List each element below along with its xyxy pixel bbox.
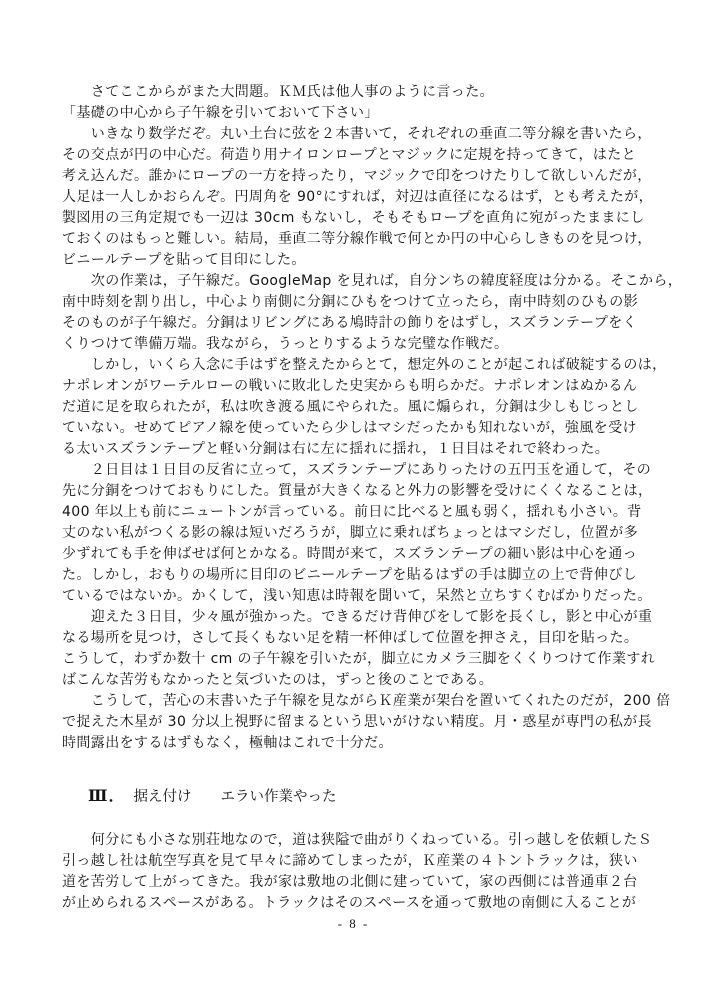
text-line: 南中時刻を割り出し，中心より南側に分銅にひもをつけて立ったら，南中時刻のひもの影 <box>62 292 654 313</box>
text-line: 引っ越し社は航空写真を見て早々に諦めてしまったが，Ｋ産業の４トントラックは，狭い <box>62 851 654 872</box>
text-line: ばこんな苦労もなかったと気づいたのは，ずっと後のことである。 <box>62 670 654 691</box>
paragraph: いきなり数学だぞ。丸い土台に弦を２本書いて，それぞれの垂直二等分線を書いたら，そ… <box>62 124 654 271</box>
text-line: ナポレオンがワーテルローの戦いに敗北した史実からも明らかだ。ナポレオンはぬかるん <box>62 376 654 397</box>
text-line: いきなり数学だぞ。丸い土台に弦を２本書いて，それぞれの垂直二等分線を書いたら， <box>62 124 654 145</box>
text-line: しかし，いくら入念に手はずを整えたからとて，想定外のことが起これば破綻するのは， <box>62 355 654 376</box>
text-line: ているではないか。かくして，浅い知恵は時報を聞いて，呆然と立ちすくむばかりだった… <box>62 586 654 607</box>
text-line: 迎えた３日目，少々風が強かった。できるだけ背伸びをして影を長くし，影と中心が重 <box>62 607 654 628</box>
text-line: 人足は一人しかおらんぞ。円周角を 90°にすれば，対辺は直径になるはず，とも考え… <box>62 187 654 208</box>
document-body: さてここからがまた大問題。ＫＭ氏は他人事のように言った。「基礎の中心から子午線を… <box>62 82 654 914</box>
text-line: ておくのはもっと難しい。結局，垂直二等分線作戦で何とか円の中心らしきものを見つけ… <box>62 229 654 250</box>
text-line: 製図用の三角定規でも一辺は 30cm もないし，そもそもロープを直角に宛がったま… <box>62 208 654 229</box>
text-line: くりつけて準備万端。我ながら，うっとりするような完璧な作戦だ。 <box>62 334 654 355</box>
text-line: 先に分銅をつけておもりにした。質量が大きくなると外力の影響を受けにくくなることは… <box>62 481 654 502</box>
document-page: さてここからがまた大問題。ＫＭ氏は他人事のように言った。「基礎の中心から子午線を… <box>0 0 707 1000</box>
text-line: こうして，苦心の末書いた子午線を見ながらＫ産業が架台を置いてくれたのだが，200… <box>62 691 654 712</box>
text-line: 「基礎の中心から子午線を引いておいて下さい」 <box>62 103 654 124</box>
text-line: た。しかし，おもりの場所に目印のビニールテープを貼るはずの手は脚立の上で背伸びし <box>62 565 654 586</box>
paragraph: ２日目は１日目の反省に立って，スズランテープにありったけの五円玉を通して，その先… <box>62 460 654 607</box>
text-line: なる場所を見つけ，さして長くもない足を精一杯伸ばして位置を押さえ，目印を貼った。 <box>62 628 654 649</box>
paragraph: さてここからがまた大問題。ＫＭ氏は他人事のように言った。「基礎の中心から子午線を… <box>62 82 654 124</box>
text-line: 少ずれても手を伸ばせば何とかなる。時間が来て，スズランテープの細い影は中心を通っ <box>62 544 654 565</box>
section-heading: Ⅲ．据え付け エラい作業やった <box>62 786 654 808</box>
text-line: る太いスズランテープと軽い分銅は右に左に揺れに揺れ，１日目はそれで終わった。 <box>62 439 654 460</box>
text-line: 考え込んだ。誰かにロープの一方を持ったり，マジックで印をつけたりして欲しいんだが… <box>62 166 654 187</box>
text-line: ２日目は１日目の反省に立って，スズランテープにありったけの五円玉を通して，その <box>62 460 654 481</box>
page-number: - 8 - <box>0 916 707 932</box>
text-line: 何分にも小さな別荘地なので，道は狭隘で曲がりくねっている。引っ越しを依頼したＳ <box>62 830 654 851</box>
paragraph: 何分にも小さな別荘地なので，道は狭隘で曲がりくねっている。引っ越しを依頼したＳ引… <box>62 830 654 914</box>
paragraph: しかし，いくら入念に手はずを整えたからとて，想定外のことが起これば破綻するのは，… <box>62 355 654 460</box>
text-line: 次の作業は，子午線だ。GoogleMap を見れば，自分ンちの緯度経度は分かる。… <box>62 271 654 292</box>
section-numeral: Ⅲ． <box>88 788 126 805</box>
text-line: 丈のない私がつくる影の線は短いだろうが，脚立に乗ればちょっとはマシだし，位置が多 <box>62 523 654 544</box>
text-line: こうして，わずか数十 cm の子午線を引いたが，脚立にカメラ三脚をくくりつけて作… <box>62 649 654 670</box>
text-line: が止められるスペースがある。トラックはそのスペースを通って敷地の南側に入ることが <box>62 893 654 914</box>
text-line: さてここからがまた大問題。ＫＭ氏は他人事のように言った。 <box>62 82 654 103</box>
text-line: だ道に足を取られたが，私は吹き渡る風にやられた。風に煽られ，分銅は少しもじっとし <box>62 397 654 418</box>
paragraph: 次の作業は，子午線だ。GoogleMap を見れば，自分ンちの緯度経度は分かる。… <box>62 271 654 355</box>
paragraph: 迎えた３日目，少々風が強かった。できるだけ背伸びをして影を長くし，影と中心が重な… <box>62 607 654 691</box>
text-line: 道を苦労して上がってきた。我が家は敷地の北側に建っていて，家の西側には普通車２台 <box>62 872 654 893</box>
paragraph: こうして，苦心の末書いた子午線を見ながらＫ産業が架台を置いてくれたのだが，200… <box>62 691 654 754</box>
text-line: ていない。せめてピアノ線を使っていたら少しはマシだったかも知れないが，強風を受け <box>62 418 654 439</box>
text-line: そのものが子午線だ。分銅はリビングにある鳩時計の飾りをはずし，スズランテープをく <box>62 313 654 334</box>
text-line: 時間露出をするはずもなく，極軸はこれで十分だ。 <box>62 733 654 754</box>
section-title: 据え付け エラい作業やった <box>134 789 337 805</box>
text-line: その交点が円の中心だ。荷造り用ナイロンロープとマジックに定規を持ってきて，はたと <box>62 145 654 166</box>
text-line: 400 年以上も前にニュートンが言っている。前日に比べると風も弱く，揺れも小さい… <box>62 502 654 523</box>
text-line: ビニールテープを貼って目印にした。 <box>62 250 654 271</box>
text-line: で捉えた木星が 30 分以上視野に留まるという思いがけない精度。月・惑星が専門の… <box>62 712 654 733</box>
